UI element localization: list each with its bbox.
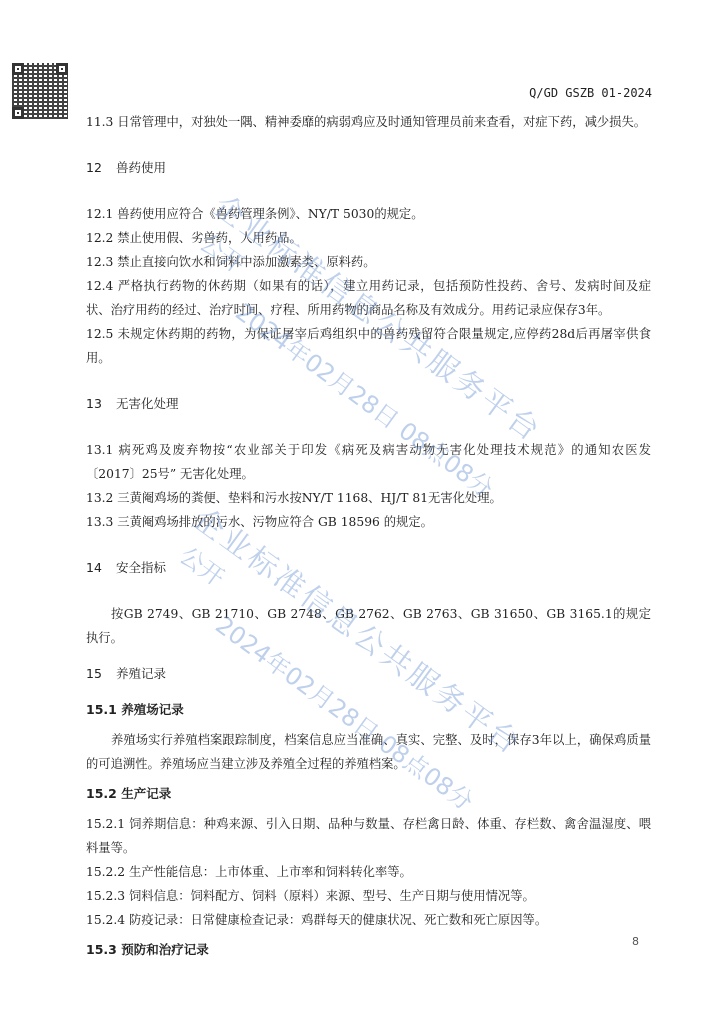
clause-13-1: 13.1 病死鸡及废弃物按“农业部关于印发《病死及病害动物无害化处理技术规范》的… <box>86 438 651 486</box>
clause-15-2-1: 15.2.1 饲养期信息：种鸡来源、引入日期、品种与数量、存栏禽日龄、体重、存栏… <box>86 812 651 860</box>
clause-12-4: 12.4 严格执行药物的休药期（如果有的话），建立用药记录，包括预防性投药、舍号… <box>86 274 651 322</box>
subsection-15-2-heading: 15.2 生产记录 <box>86 782 651 806</box>
section-title: 无害化处理 <box>116 396 179 411</box>
section-12-heading: 12 兽药使用 <box>86 156 651 180</box>
section-title: 安全指标 <box>116 560 166 575</box>
clause-13-2: 13.2 三黄阉鸡场的粪便、垫料和污水按NY/T 1168、HJ/T 81无害化… <box>86 486 651 510</box>
qr-finder-top-right <box>56 63 68 75</box>
qr-finder-bottom-left <box>12 107 24 119</box>
clause-13-3: 13.3 三黄阉鸡场排放的污水、污物应符合 GB 18596 的规定。 <box>86 510 651 534</box>
section-number: 14 <box>86 556 112 580</box>
section-15-heading: 15 养殖记录 <box>86 662 651 686</box>
section-title: 养殖记录 <box>116 666 166 681</box>
clause-15-2-2: 15.2.2 生产性能信息：上市体重、上市率和饲料转化率等。 <box>86 860 651 884</box>
clause-11-3: 11.3 日常管理中，对独处一隅、精神委靡的病弱鸡应及时通知管理员前来查看，对症… <box>86 110 651 134</box>
clause-15-2-3: 15.2.3 饲料信息：饲料配方、饲料（原料）来源、型号、生产日期与使用情况等。 <box>86 884 651 908</box>
clause-12-3: 12.3 禁止直接向饮水和饲料中添加激素类、原料药。 <box>86 250 651 274</box>
section-14-heading: 14 安全指标 <box>86 556 651 580</box>
page-number: 8 <box>632 935 639 948</box>
document-body: 11.3 日常管理中，对独处一隅、精神委靡的病弱鸡应及时通知管理员前来查看，对症… <box>86 110 651 962</box>
standard-code: Q/GD GSZB 01-2024 <box>529 86 652 100</box>
qr-code <box>12 63 68 119</box>
clause-14-body: 按GB 2749、GB 21710、GB 2748、GB 2762、GB 276… <box>86 602 651 650</box>
section-number: 12 <box>86 156 112 180</box>
clause-15-1-body: 养殖场实行养殖档案跟踪制度，档案信息应当准确、真实、完整、及时，保存3年以上，确… <box>86 728 651 776</box>
subsection-15-1-heading: 15.1 养殖场记录 <box>86 698 651 722</box>
section-title: 兽药使用 <box>116 160 166 175</box>
section-number: 15 <box>86 662 112 686</box>
clause-12-2: 12.2 禁止使用假、劣兽药，人用药品。 <box>86 226 651 250</box>
section-number: 13 <box>86 392 112 416</box>
qr-finder-top-left <box>12 63 24 75</box>
clause-12-5: 12.5 未规定休药期的药物，为保证屠宰后鸡组织中的兽药残留符合限量规定,应停药… <box>86 322 651 370</box>
clause-12-1: 12.1 兽药使用应符合《兽药管理条例》、NY/T 5030的规定。 <box>86 202 651 226</box>
clause-15-2-4: 15.2.4 防疫记录：日常健康检查记录：鸡群每天的健康状况、死亡数和死亡原因等… <box>86 908 651 932</box>
subsection-15-3-heading: 15.3 预防和治疗记录 <box>86 938 651 962</box>
section-13-heading: 13 无害化处理 <box>86 392 651 416</box>
